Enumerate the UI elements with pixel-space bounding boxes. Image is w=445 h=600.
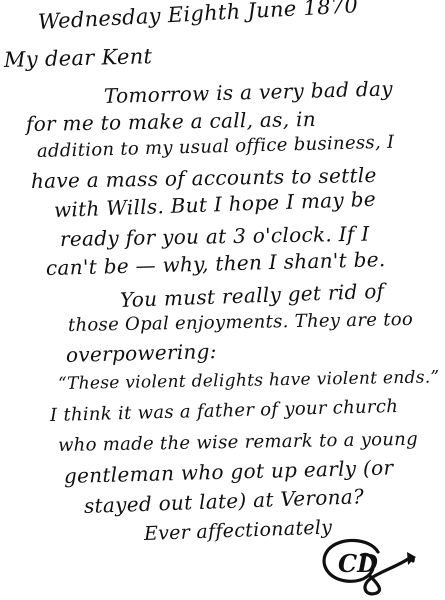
body-line: overpowering:: [66, 339, 217, 367]
body-line: gentleman who got up early (or: [64, 455, 394, 488]
body-line: those Opal enjoyments. They are too: [68, 309, 413, 336]
letter-page: Wednesday Eighth June 1870 My dear Kent …: [0, 0, 445, 600]
body-line: I think it was a father of your church: [50, 396, 399, 426]
signature-initials: CD: [338, 549, 378, 578]
body-line: can't be — why, then I shan't be.: [46, 247, 386, 280]
body-line: You must really get rid of: [120, 279, 385, 312]
quotation-line: “These violent delights have violent end…: [58, 367, 440, 394]
body-line: ready for you at 3 o'clock. If I: [60, 222, 370, 251]
signature-monogram: CD: [318, 534, 440, 598]
body-line: addition to my usual office business, I: [37, 132, 395, 162]
body-line: Tomorrow is a very bad day: [104, 76, 393, 108]
body-line: for me to make a call, as, in: [26, 107, 316, 136]
body-line: with Wills. But I hope I may be: [54, 187, 377, 222]
body-line: stayed out late) at Verona?: [84, 484, 365, 518]
salutation: My dear Kent: [4, 44, 153, 72]
valediction: Ever affectionately: [144, 516, 333, 545]
body-line: who made the wise remark to a young: [58, 429, 418, 456]
date-line: Wednesday Eighth June 1870: [37, 0, 358, 34]
